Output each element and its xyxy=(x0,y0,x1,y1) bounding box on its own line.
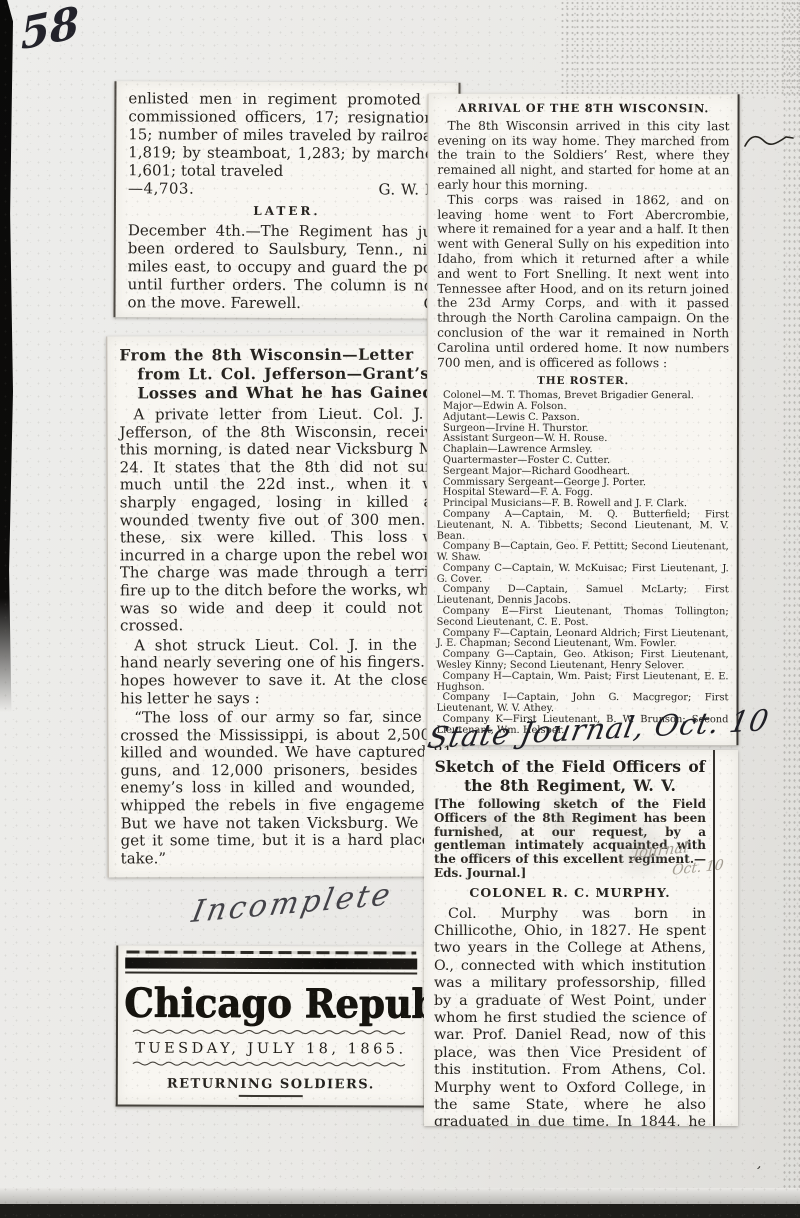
masthead-broken-rule xyxy=(126,950,416,954)
stats-total-row: —4,703. G. W. D. xyxy=(128,179,446,198)
arrival-paragraph-2: This corps was raised in 1862, and on le… xyxy=(437,193,729,371)
scan-noise-top-right xyxy=(560,0,800,95)
column-rule xyxy=(713,750,715,1126)
roster-entry: Company F—Captain, Leonard Aldrich; Firs… xyxy=(437,628,729,650)
sketch-headline: Sketch of the Field Officers of the 8th … xyxy=(434,758,706,795)
scan-edge-bottom xyxy=(0,1204,800,1218)
roster-entry: Company C—Captain, W. McKuisac; First Li… xyxy=(437,564,729,586)
murphy-subhead: COLONEL R. C. MURPHY. xyxy=(434,885,706,902)
headline-underline xyxy=(239,1095,303,1097)
scan-noise-right xyxy=(782,0,800,1218)
letter-headline: From the 8th Wisconsin—Letter from Lt. C… xyxy=(119,345,451,403)
letter-paragraph-3: “The loss of our army so far, since we c… xyxy=(120,709,452,868)
wavy-rule xyxy=(132,1060,410,1069)
letter-paragraph-1: A private letter from Lieut. Col. J. W. … xyxy=(119,406,452,636)
clipping-masthead: Chicago Republican TUESDAY, JULY 18, 186… xyxy=(116,945,426,1107)
murphy-paragraph: Col. Murphy was born in Chillicothe, Ohi… xyxy=(434,906,706,1126)
clipping-regiment-stats: enlisted men in regiment promoted to com… xyxy=(113,81,460,319)
masthead-thin-rule xyxy=(125,971,417,974)
masthead-thick-bar xyxy=(125,957,417,969)
stats-total: —4,703. xyxy=(128,179,194,197)
article-headline: RETURNING SOLDIERS. xyxy=(124,1076,418,1092)
arrival-paragraph-1: The 8th Wisconsin arrived in this city l… xyxy=(437,119,729,193)
clipping-arrival-roster: ARRIVAL OF THE 8TH WISCONSIN. The 8th Wi… xyxy=(426,94,739,745)
arrival-headline: ARRIVAL OF THE 8TH WISCONSIN. xyxy=(438,101,730,116)
roster-entry: Company A—Captain, M. Q. Butterfield; Fi… xyxy=(437,510,729,543)
pen-squiggle-mark xyxy=(742,126,796,154)
later-heading: LATER. xyxy=(128,201,446,220)
handwritten-incomplete-note: Incomplete xyxy=(189,877,396,930)
clipping-field-officers-sketch: Sketch of the Field Officers of the 8th … xyxy=(424,750,738,1126)
roster-entry: Company H—Captain, Wm. Paist; First Lieu… xyxy=(437,672,729,694)
scan-edge-left xyxy=(0,0,13,712)
scrapbook-page: 58 enlisted men in regiment promoted to … xyxy=(0,0,800,1218)
clipping-jefferson-letter: From the 8th Wisconsin—Letter from Lt. C… xyxy=(106,336,462,878)
newspaper-date: TUESDAY, JULY 18, 1865. xyxy=(124,1040,418,1057)
handwritten-page-number: 58 xyxy=(20,0,80,61)
letter-paragraph-2: A shot struck Lieut. Col. J. in the left… xyxy=(120,636,452,707)
stats-paragraph: enlisted men in regiment promoted to com… xyxy=(128,89,446,180)
roster-heading: THE ROSTER. xyxy=(437,374,729,389)
newspaper-title: Chicago Republican xyxy=(124,979,418,1028)
roster-entry: Company G—Captain, Geo. Atkison; First L… xyxy=(437,650,729,672)
wavy-rule xyxy=(132,1028,410,1037)
roster-entry: Company E—First Lieutenant, Thomas Tolli… xyxy=(437,607,729,629)
roster-entry: Company D—Captain, Samuel McLarty; First… xyxy=(437,585,729,607)
stray-pen-mark: ’ xyxy=(752,1164,762,1181)
roster-entry: Company B—Captain, Geo. F. Pettitt; Seco… xyxy=(437,542,729,564)
